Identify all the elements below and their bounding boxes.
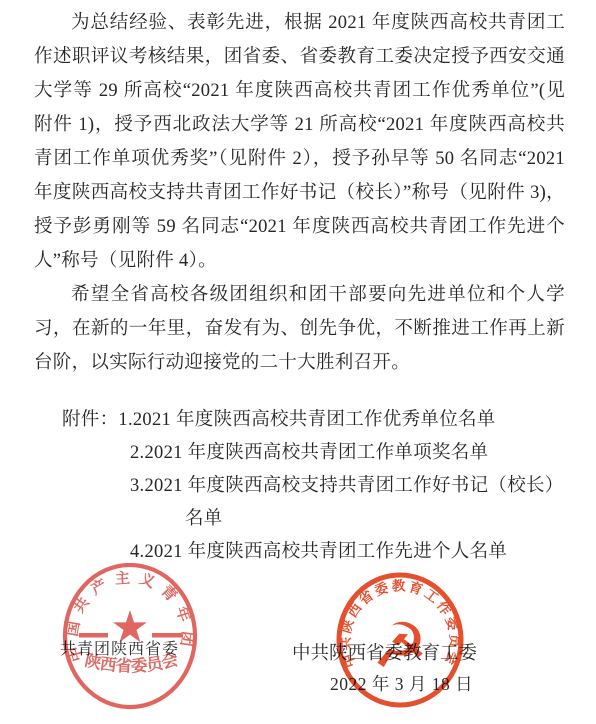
body-line: 为总结经验、表彰先进，根据 2021 年度陕西高校共青团工	[34, 6, 565, 40]
body-line: 授予彭勇刚等 59 名同志“2021 年度陕西高校共青团工作先进个	[34, 210, 565, 244]
document-body: 为总结经验、表彰先进，根据 2021 年度陕西高校共青团工 作述职评议考核结果，…	[34, 6, 565, 380]
body-line: 大学等 29 所高校“2021 年度陕西高校共青团工作优秀单位”(见	[34, 74, 565, 108]
body-line: 希望全省高校各级团组织和团干部要向先进单位和个人学	[34, 278, 565, 312]
body-line: 台阶，以实际行动迎接党的二十大胜利召开。	[34, 346, 565, 380]
attachment-line: 2.2021 年度陕西高校共青团工作单项奖名单	[34, 437, 574, 470]
attachment-line: 3.2021 年度陕西高校支持共青团工作好书记（校长）	[34, 470, 574, 503]
paragraph-1: 为总结经验、表彰先进，根据 2021 年度陕西高校共青团工 作述职评议考核结果，…	[34, 6, 565, 278]
attachment-line: 名单	[34, 503, 574, 536]
body-line: 附件 1)，授予西北政法大学等 21 所高校“2021 年度陕西高校共	[34, 108, 565, 142]
body-line: 年度陕西高校支持共青团工作好书记（校长）”称号（见附件 3)，	[34, 176, 565, 210]
document-page: 为总结经验、表彰先进，根据 2021 年度陕西高校共青团工 作述职评议考核结果，…	[0, 0, 596, 724]
attachments-list: 附件：1.2021 年度陕西高校共青团工作优秀单位名单 2.2021 年度陕西高…	[34, 404, 574, 569]
body-line: 作述职评议考核结果，团省委、省委教育工委决定授予西安交通	[34, 40, 565, 74]
signature-date: 2022 年 3 月 18 日	[330, 671, 473, 696]
signature-issuer-left: 共青团陕西省委	[60, 636, 179, 659]
attachment-line: 4.2021 年度陕西高校共青团工作先进个人名单	[34, 536, 574, 569]
signature-issuer-right: 中共陕西省委教育工委	[292, 639, 477, 665]
paragraph-2: 希望全省高校各级团组织和团干部要向先进单位和个人学 习，在新的一年里，奋发有为、…	[34, 278, 565, 380]
body-line: 习，在新的一年里，奋发有为、创先争优，不断推进工作再上新	[34, 312, 565, 346]
body-line: 青团工作单项优秀奖”（见附件 2），授予孙早等 50 名同志“2021	[34, 142, 565, 176]
attachment-line: 附件：1.2021 年度陕西高校共青团工作优秀单位名单	[34, 404, 574, 437]
body-line: 人”称号（见附件 4）。	[34, 244, 565, 278]
